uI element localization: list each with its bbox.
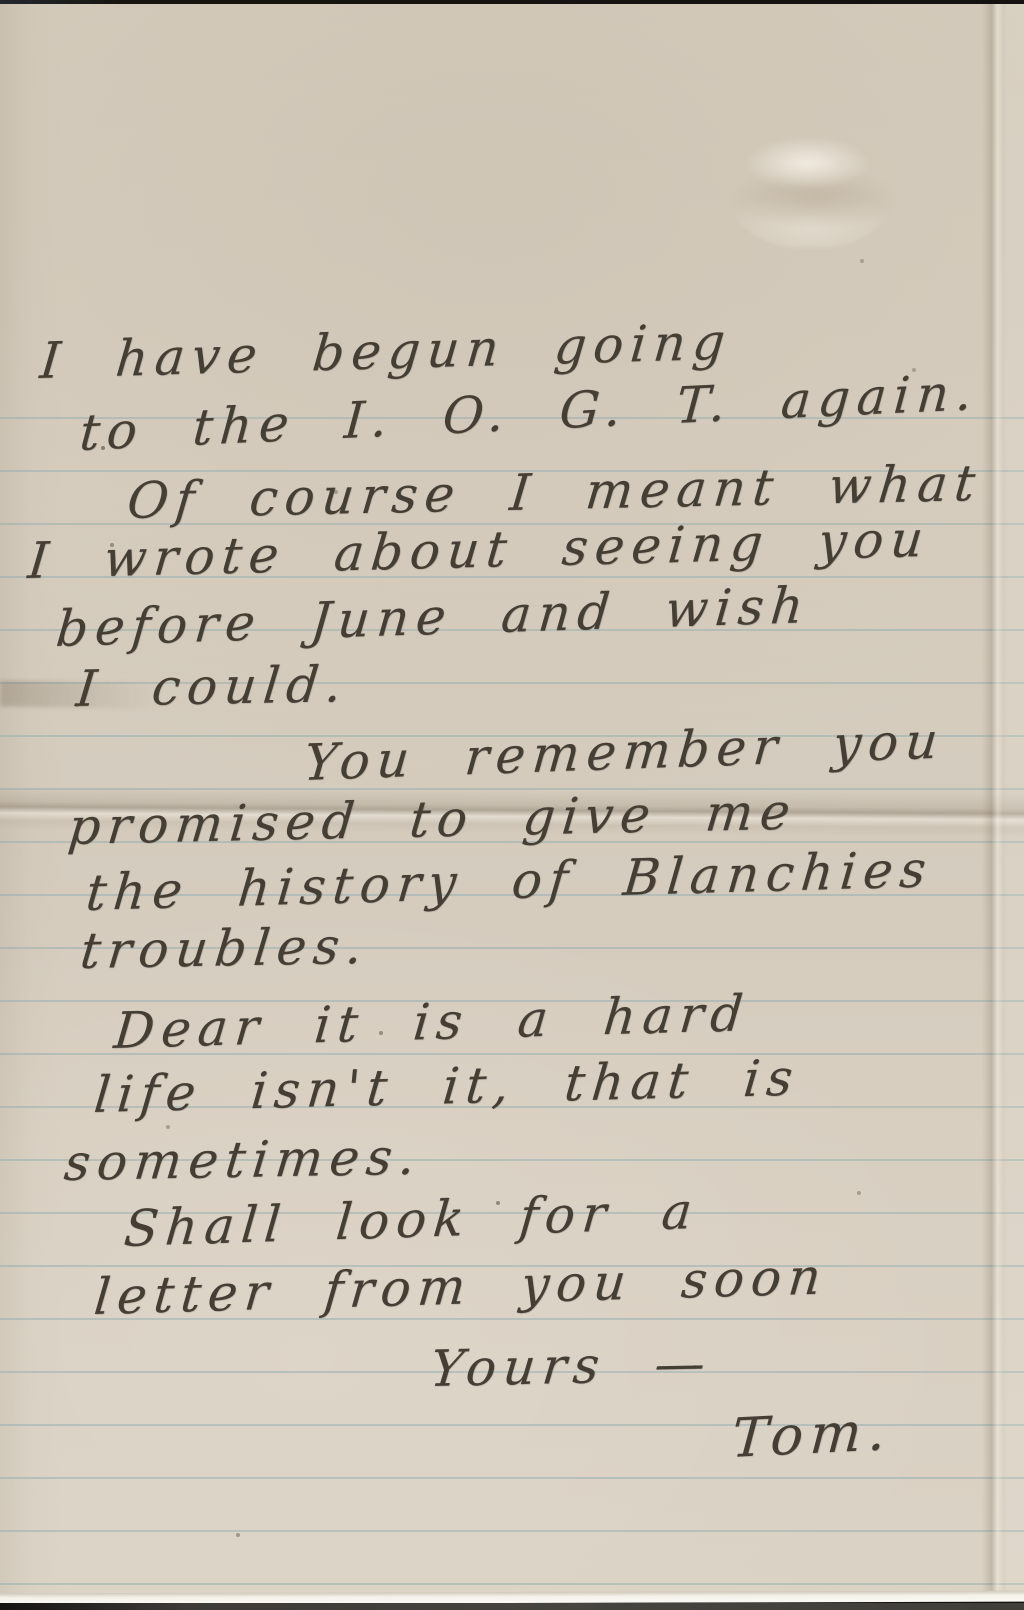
embossed-seal bbox=[728, 130, 893, 248]
handwriting-line: I could. bbox=[74, 659, 351, 714]
letter-paper: I have begun going to the I. O. G. T. ag… bbox=[0, 4, 1024, 1594]
vertical-fold-crease bbox=[982, 4, 1006, 1594]
scan-edge-top bbox=[0, 0, 1024, 4]
right-edge-highlight bbox=[1004, 4, 1024, 1594]
paper-speckles bbox=[0, 4, 2, 6]
handwriting-line: troubles. bbox=[78, 921, 372, 976]
handwriting-line: sometimes. bbox=[62, 1132, 425, 1188]
scan-edge-bottom-shadow bbox=[0, 1603, 1024, 1610]
handwriting-line: promised to give me bbox=[66, 787, 799, 852]
scanned-letter-page: I have begun going to the I. O. G. T. ag… bbox=[0, 0, 1024, 1610]
letter-closing: Yours — bbox=[428, 1338, 714, 1394]
letter-signature: Tom. bbox=[730, 1404, 895, 1466]
